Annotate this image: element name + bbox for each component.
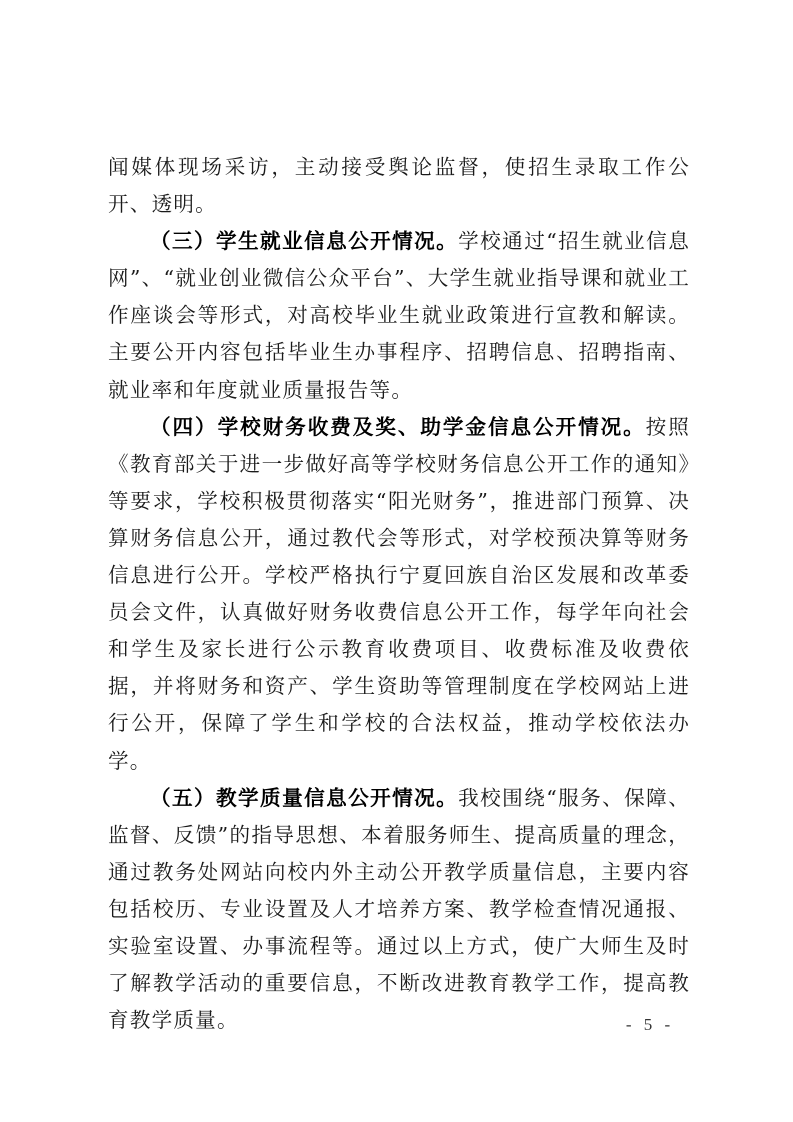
paragraph-heading: （四）学校财务收费及奖、助学金信息公开情况。: [150, 415, 646, 439]
paragraph-text: 学校通过“招生就业信息网”、“就业创业微信公众平台”、大学生就业指导课和就业工作…: [108, 229, 690, 401]
paragraph-employment-info: （三）学生就业信息公开情况。学校通过“招生就业信息网”、“就业创业微信公众平台”…: [108, 223, 690, 408]
paragraph-text: 按照《教育部关于进一步做好高等学校财务信息公开工作的通知》等要求，学校积极贯彻落…: [108, 415, 690, 773]
page-number: - 5 -: [600, 1015, 700, 1035]
document-body: 闻媒体现场采访，主动接受舆论监督，使招生录取工作公开、透明。 （三）学生就业信息…: [108, 149, 690, 1039]
paragraph-heading: （三）学生就业信息公开情况。: [150, 229, 458, 253]
paragraph-finance-info: （四）学校财务收费及奖、助学金信息公开情况。按照《教育部关于进一步做好高等学校财…: [108, 409, 690, 780]
paragraph-teaching-quality-info: （五）教学质量信息公开情况。我校围绕“服务、保障、监督、反馈”的指导思想、本着服…: [108, 780, 690, 1040]
paragraph-heading: （五）教学质量信息公开情况。: [150, 786, 458, 810]
document-page: 闻媒体现场采访，主动接受舆论监督，使招生录取工作公开、透明。 （三）学生就业信息…: [0, 0, 793, 1122]
paragraph-text: 闻媒体现场采访，主动接受舆论监督，使招生录取工作公开、透明。: [108, 155, 690, 216]
paragraph-text: 我校围绕“服务、保障、监督、反馈”的指导思想、本着服务师生、提高质量的理念，通过…: [108, 786, 690, 1033]
paragraph-continuation: 闻媒体现场采访，主动接受舆论监督，使招生录取工作公开、透明。: [108, 149, 690, 223]
